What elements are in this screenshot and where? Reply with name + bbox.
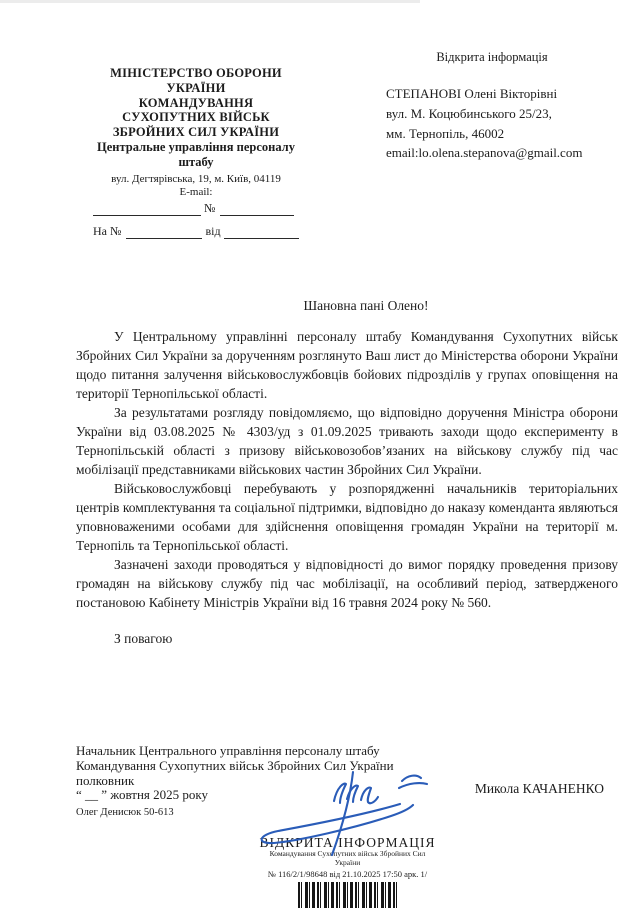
- ref-vid-label: від: [202, 224, 223, 239]
- letter-body: Шановна пані Олено! У Центральному управ…: [76, 298, 618, 648]
- letterhead: МІНІСТЕРСТВО ОБОРОНИ УКРАЇНИ КОМАНДУВАНН…: [90, 66, 302, 199]
- ref-vid-blank: [224, 226, 299, 239]
- ref-number-symbol: №: [201, 201, 220, 216]
- letterhead-org-line: СУХОПУТНИХ ВІЙСЬК: [90, 110, 302, 125]
- letterhead-org-line: ЗБРОЙНИХ СИЛ УКРАЇНИ: [90, 125, 302, 140]
- body-paragraph: За результатами розгляду повідомляємо, щ…: [76, 403, 618, 479]
- letterhead-address: вул. Дегтярівська, 19, м. Київ, 04119: [90, 173, 302, 186]
- letterhead-dept-line: Центральне управління персоналу: [90, 140, 302, 155]
- recipient-block: Відкрита інформація СТЕПАНОВІ Олені Вікт…: [386, 50, 598, 163]
- ref-na-label: На №: [93, 224, 121, 239]
- signer-name: Микола КАЧАНЕНКО: [475, 782, 604, 797]
- closing-phrase: З повагою: [76, 629, 618, 648]
- recipient-name: СТЕПАНОВІ Олені Вікторівні: [386, 84, 598, 104]
- letterhead-dept-line: штабу: [90, 155, 302, 170]
- body-paragraph: Зазначені заходи проводяться у відповідн…: [76, 555, 618, 612]
- recipient-email: email:lo.olena.stepanova@gmail.com: [386, 143, 598, 163]
- letterhead-org-line: КОМАНДУВАННЯ: [90, 96, 302, 111]
- letterhead-org-line: МІНІСТЕРСТВО ОБОРОНИ: [90, 66, 302, 81]
- ref-na-blank: [126, 226, 202, 239]
- salutation: Шановна пані Олено!: [114, 298, 618, 314]
- letterhead-org-line: УКРАЇНИ: [90, 81, 302, 96]
- letter-page: МІНІСТЕРСТВО ОБОРОНИ УКРАЇНИ КОМАНДУВАНН…: [0, 0, 640, 912]
- incoming-ref-line: На №від: [93, 225, 308, 239]
- recipient-address-line: мм. Тернопіль, 46002: [386, 124, 598, 144]
- signature-stroke: [361, 788, 378, 804]
- barcode: [298, 882, 398, 908]
- signature-stroke: [334, 784, 346, 803]
- letterhead-email-label: E-mail:: [90, 186, 302, 199]
- scan-artifact-band: [0, 0, 420, 3]
- body-paragraph: Військовослужбовці перебувають у розпоря…: [76, 479, 618, 555]
- classification-label: Відкрита інформація: [386, 50, 598, 65]
- reference-lines: № На №від: [93, 202, 308, 248]
- handwritten-signature: [250, 764, 455, 859]
- signer-position-line: Начальник Центрального управління персон…: [76, 744, 618, 759]
- recipient-address-line: вул. М. Коцюбинського 25/23,: [386, 104, 598, 124]
- ref-number-blank: [220, 203, 294, 216]
- signature-stroke: [399, 783, 427, 788]
- ref-date-blank: [93, 203, 201, 216]
- signature-stroke: [402, 776, 421, 781]
- body-paragraph: У Центральному управлінні персоналу штаб…: [76, 327, 618, 403]
- stamp-registration-line: № 116/2/1/98648 від 21.10.2025 17:50 арк…: [240, 869, 455, 879]
- stamp-org-line: України: [240, 859, 455, 868]
- outgoing-ref-line: №: [93, 202, 308, 216]
